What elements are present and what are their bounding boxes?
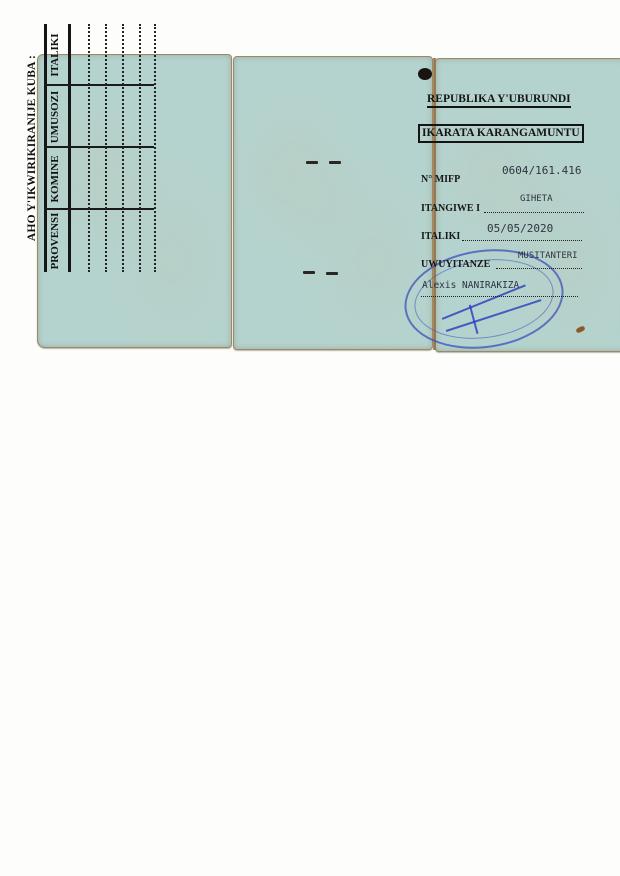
dotted-line [421, 296, 578, 297]
issued-at-value: GIHETA [520, 194, 553, 204]
date-value: 05/05/2020 [487, 222, 553, 235]
card-title: IKARATA KARANGAMUNTU [418, 124, 584, 143]
staple-mark [306, 161, 318, 164]
card-panel-middle [233, 56, 433, 350]
date-label: ITALIKI [421, 231, 460, 242]
staple-mark [326, 272, 338, 275]
residence-history-table: AHO Y'IKWIRIKIRANIJE KUBA : PROVENSI KOM… [26, 18, 166, 278]
column-header-umusozi: UMUSOZI [49, 86, 61, 148]
issuer-title: MUSITANTERI [518, 251, 578, 261]
table-row-line [154, 24, 156, 272]
mifp-value: 0604/161.416 [502, 164, 581, 177]
dotted-line [484, 212, 584, 213]
dotted-line [462, 240, 582, 241]
staple-mark [303, 271, 315, 274]
table-row-line [122, 24, 124, 272]
staple-mark [329, 161, 341, 164]
issuer-label: UWUYITANZE [421, 259, 490, 270]
issued-at-label: ITANGIWE I [421, 203, 480, 214]
table-rule-top [44, 24, 47, 272]
table-row-line [105, 24, 107, 272]
table-rule-header [68, 24, 71, 272]
column-header-komine: KOMINE [49, 148, 61, 210]
issuer-name: Alexis NANIRAKIZA [422, 280, 519, 291]
mifp-label: N° MIFP [421, 174, 460, 185]
country-header: REPUBLIKA Y'UBURUNDI [427, 93, 571, 108]
table-row-line [88, 24, 90, 272]
column-header-provensi: PROVENSI [49, 210, 61, 272]
residence-table-grid: PROVENSI KOMINE UMUSOZI ITALIKI [44, 24, 154, 272]
residence-table-title: AHO Y'IKWIRIKIRANIJE KUBA : [26, 18, 40, 278]
punch-hole [418, 68, 432, 80]
table-row-line [139, 24, 141, 272]
dotted-line [496, 268, 582, 269]
column-header-italiki: ITALIKI [49, 24, 61, 86]
